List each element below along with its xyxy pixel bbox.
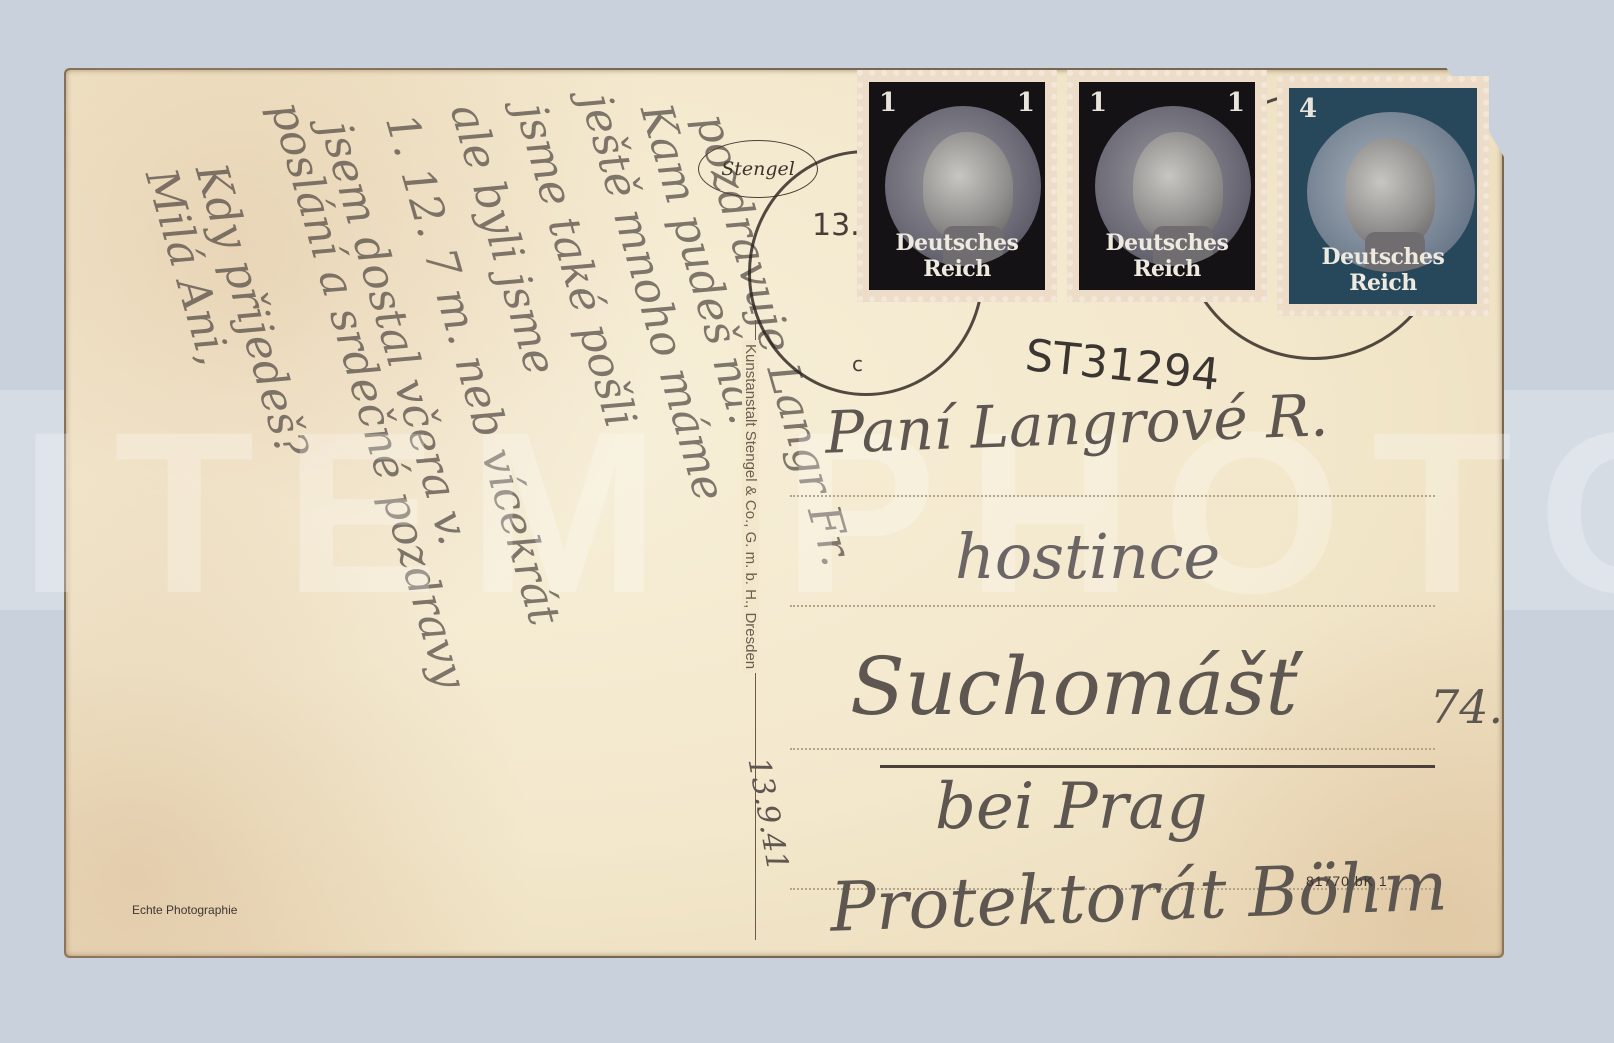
stamp-country: Deutsches Reich bbox=[869, 230, 1045, 282]
stamp-country: Deutsches Reich bbox=[1289, 244, 1477, 296]
address-region: bei Prag bbox=[935, 770, 1207, 844]
address-town: Suchomášť bbox=[850, 640, 1298, 733]
address-dotted-line bbox=[790, 748, 1435, 750]
address-house-number: 74. bbox=[1430, 680, 1503, 734]
stamp-value: 1 bbox=[1017, 88, 1035, 118]
address-underline bbox=[880, 765, 1435, 768]
postmark-letter: c bbox=[852, 352, 863, 376]
postmark-date: 13. bbox=[812, 208, 860, 243]
publisher-imprint: Kunstanstalt Stengel & Co., G. m. b. H.,… bbox=[742, 340, 759, 673]
photo-label: Echte Photographie bbox=[132, 903, 237, 917]
stamp-value: 4 bbox=[1299, 94, 1317, 124]
address-establishment: hostince bbox=[955, 520, 1220, 593]
stamp-value: 1 bbox=[1089, 88, 1107, 118]
address-dotted-line bbox=[790, 605, 1435, 607]
address-dotted-line bbox=[790, 495, 1435, 497]
stamp-value: 1 bbox=[879, 88, 897, 118]
card-code: 81770 bK 1 bbox=[1306, 873, 1388, 889]
stamp-1-pfennig: 1 1 Deutsches Reich bbox=[1067, 70, 1267, 302]
stamp-1-pfennig: 1 1 Deutsches Reich bbox=[857, 70, 1057, 302]
stamp-4-pfennig: 4 Deutsches Reich bbox=[1277, 76, 1489, 316]
stamp-value: 1 bbox=[1227, 88, 1245, 118]
logo-text: Stengel bbox=[721, 158, 795, 180]
stamp-country: Deutsches Reich bbox=[1079, 230, 1255, 282]
